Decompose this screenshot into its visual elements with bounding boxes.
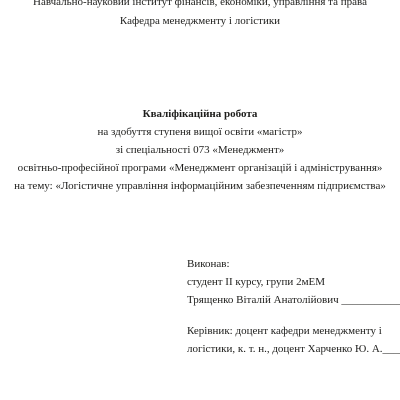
thesis-title-page: Навчально-науковий інститут фінансів, ек… <box>0 0 400 400</box>
degree-line: на здобуття ступеня вищої освіти «магіст… <box>0 123 400 141</box>
executor-label: Виконав: <box>187 255 400 273</box>
executor-student-line: студент II курсу, групи 2мЕМ <box>187 273 400 291</box>
executor-block: Виконав: студент II курсу, групи 2мЕМ Тр… <box>187 255 400 309</box>
supervisor-line-2: логістики, к. т. н., доцент Харченко Ю. … <box>187 340 400 358</box>
work-title: Кваліфікаційна робота <box>0 105 400 123</box>
specialty-line: зі спеціальності 073 «Менеджмент» <box>0 141 400 159</box>
department-name-line: Кафедра менеджменту і логістики <box>0 15 400 27</box>
supervisor-block: Керівник: доцент кафедри менеджменту і л… <box>187 322 400 358</box>
institute-name-line: Навчально-науковий інститут фінансів, ек… <box>0 0 400 8</box>
supervisor-line-1: Керівник: доцент кафедри менеджменту і <box>187 322 400 340</box>
title-block: Кваліфікаційна робота на здобуття ступен… <box>0 105 400 195</box>
program-line: освітньо-професійної програми «Менеджмен… <box>0 159 400 177</box>
topic-line: на тему: «Логістичне управління інформац… <box>0 177 400 195</box>
executor-name-signature-line: Трященко Віталій Анатолійович __________… <box>187 291 400 309</box>
